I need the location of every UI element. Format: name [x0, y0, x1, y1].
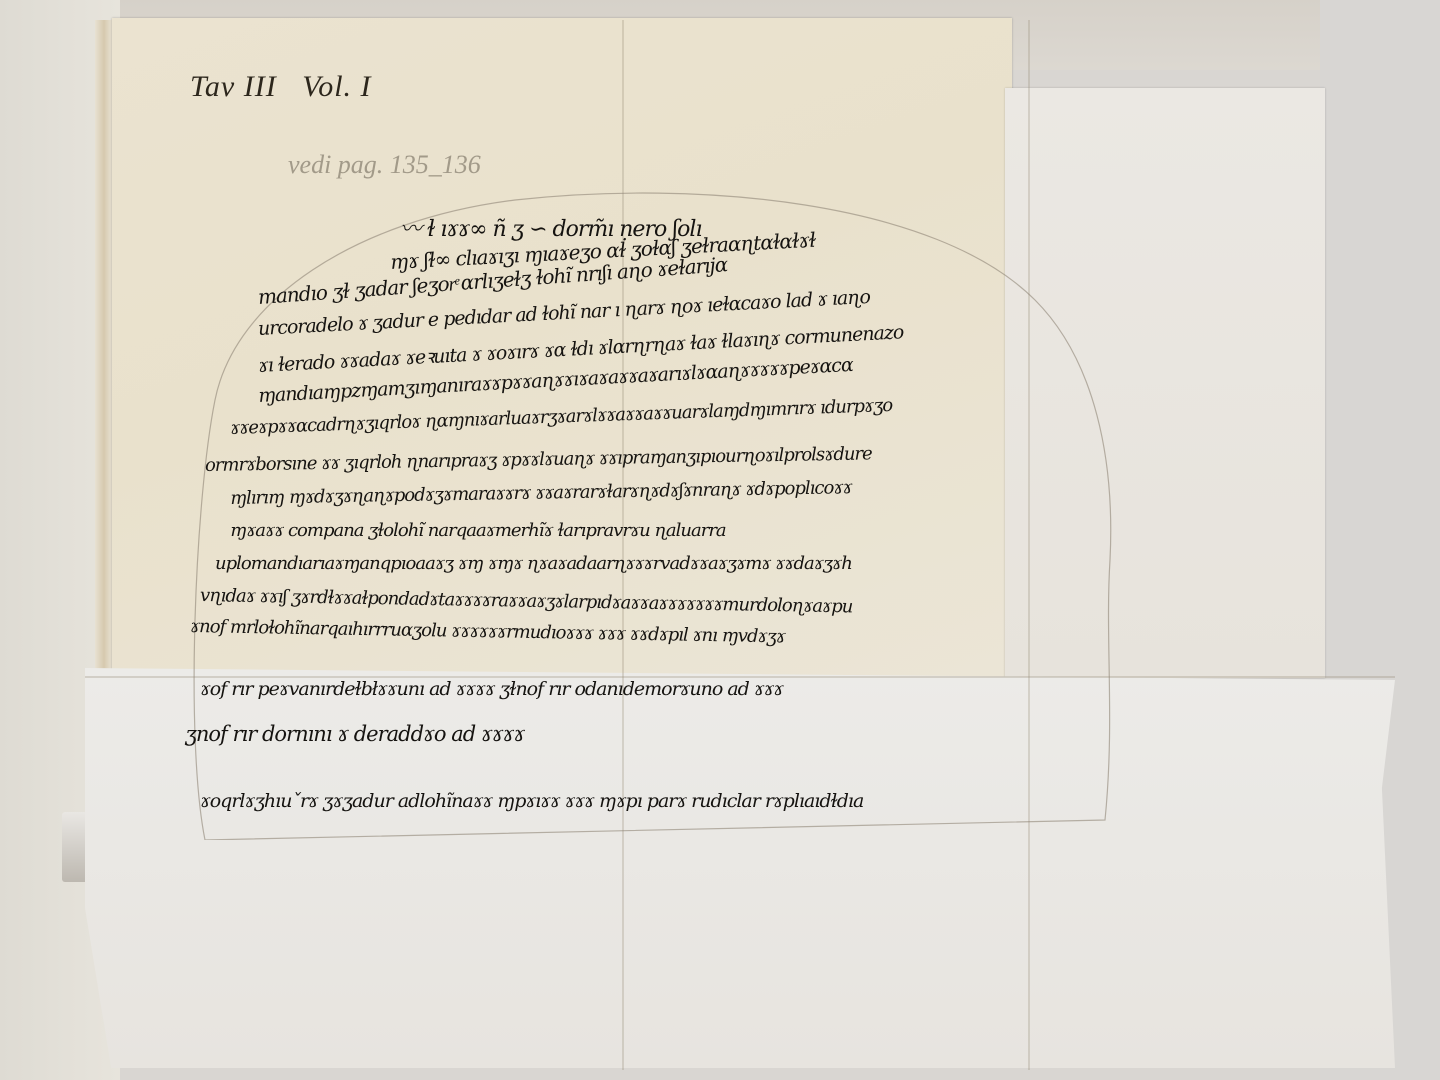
volume-label: Vol. I [302, 70, 371, 103]
page-reference: vedi pag. 135_136 [288, 150, 481, 180]
manuscript-line: ʒnof rır dornını ɤ deraddɤo ad ɤɤɤɤ [185, 722, 524, 746]
manuscript-line: ɤof rır peɤvanırdeɫbłɤɤunı ad ɤɤɤɤ ʒɫnof… [200, 678, 783, 700]
manuscript-line: uplomandıarıaɤɱanqpıoaaɤʒ ɤɱ ɤɱɤ ɳɤaɤada… [215, 553, 852, 574]
manuscript-line: ɤoqrlɤʒhıuˇrɤ ʒɤʒadur adlohı̃naɤɤ ɱpɤıɤɤ… [200, 790, 863, 812]
plate-label: Tav III [190, 70, 277, 103]
manuscript-line: ɱɤaɤɤ compana ʒɫolohı̃ narqaaɤmerhı̃ɤ ɫa… [230, 520, 726, 541]
header-plate-label: Tav III Vol. I [190, 70, 372, 104]
